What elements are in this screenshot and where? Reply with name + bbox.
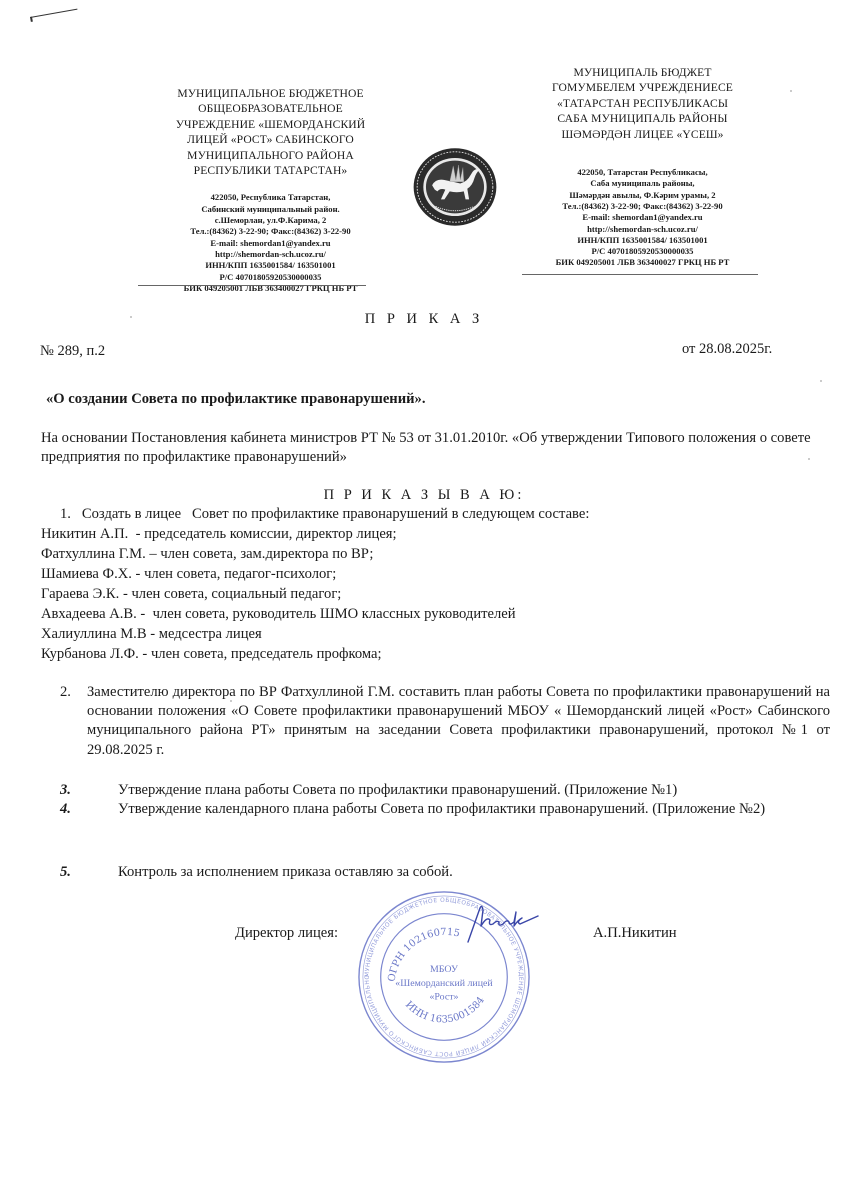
letterhead-divider-right (522, 274, 758, 275)
member-item: Курбанова Л.Ф. - член совета, председате… (41, 644, 516, 664)
member-item: Фатхуллина Г.М. – член совета, зам.дирек… (41, 544, 516, 564)
org-name-ru: МУНИЦИПАЛЬНОЕ БЮДЖЕТНОЕ ОБЩЕОБРАЗОВАТЕЛЬ… (138, 86, 403, 178)
scan-speck (230, 700, 232, 702)
order-item-1: 1. Создать в лицее Совет по профилактике… (60, 506, 589, 523)
scan-corner-mark (30, 9, 80, 30)
org-name-tt: МУНИЦИПАЛЬ БЮДЖЕТ ГОМУМБЕЛЕМ УЧРЕЖДЕНИЕС… (520, 65, 765, 142)
scan-speck (808, 458, 810, 460)
director-signature (460, 900, 540, 945)
council-members-list: Никитин А.П. - председатель комиссии, ди… (41, 524, 516, 664)
org-address-tt: 422050, Татарстан Республикасы, Саба мун… (520, 167, 765, 269)
org-address-ru: 422050, Республика Татарстан, Сабинский … (138, 192, 403, 294)
order-heading: П Р И К А З Ы В А Ю: (0, 487, 848, 504)
order-item-5: 5.Контроль за исполнением приказа оставл… (60, 864, 453, 881)
member-item: Шамиева Ф.Х. - член совета, педагог-псих… (41, 564, 516, 584)
scan-speck (790, 90, 792, 92)
member-item: Никитин А.П. - председатель комиссии, ди… (41, 524, 516, 544)
director-name: А.П.Никитин (593, 925, 677, 942)
letterhead-divider-left (138, 285, 366, 286)
order-item-3: 3.Утверждение плана работы Совета по про… (60, 781, 830, 801)
order-date: от 28.08.2025г. (682, 341, 772, 358)
coat-of-arms-icon (411, 143, 499, 231)
document-title: П Р И К А З (0, 311, 848, 328)
order-subject: «О создании Совета по профилактике право… (46, 391, 425, 408)
scan-speck (820, 380, 822, 382)
order-item-4: 4.Утверждение календарного плана работы … (41, 800, 830, 820)
letterhead-right: МУНИЦИПАЛЬ БЮДЖЕТ ГОМУМБЕЛЕМ УЧРЕЖДЕНИЕС… (520, 65, 765, 269)
svg-text:«Шеморданский лицей: «Шеморданский лицей (395, 978, 493, 989)
member-item: Гараева Э.К. - член совета, социальный п… (41, 584, 516, 604)
order-basis: На основании Постановления кабинета мини… (41, 429, 831, 467)
letterhead-left: МУНИЦИПАЛЬНОЕ БЮДЖЕТНОЕ ОБЩЕОБРАЗОВАТЕЛЬ… (138, 86, 403, 294)
order-item-2: 2. Заместителю директора по ВР Фатхуллин… (60, 683, 830, 760)
svg-text:«Рост»: «Рост» (429, 992, 458, 1003)
signature-label: Директор лицея: (235, 925, 338, 942)
order-number: № 289, п.2 (40, 343, 105, 360)
svg-text:МБОУ: МБОУ (430, 964, 458, 975)
scan-speck (130, 316, 132, 318)
member-item: Авхадеева А.В. - член совета, руководите… (41, 604, 516, 624)
member-item: Халиуллина М.В - медсестра лицея (41, 624, 516, 644)
